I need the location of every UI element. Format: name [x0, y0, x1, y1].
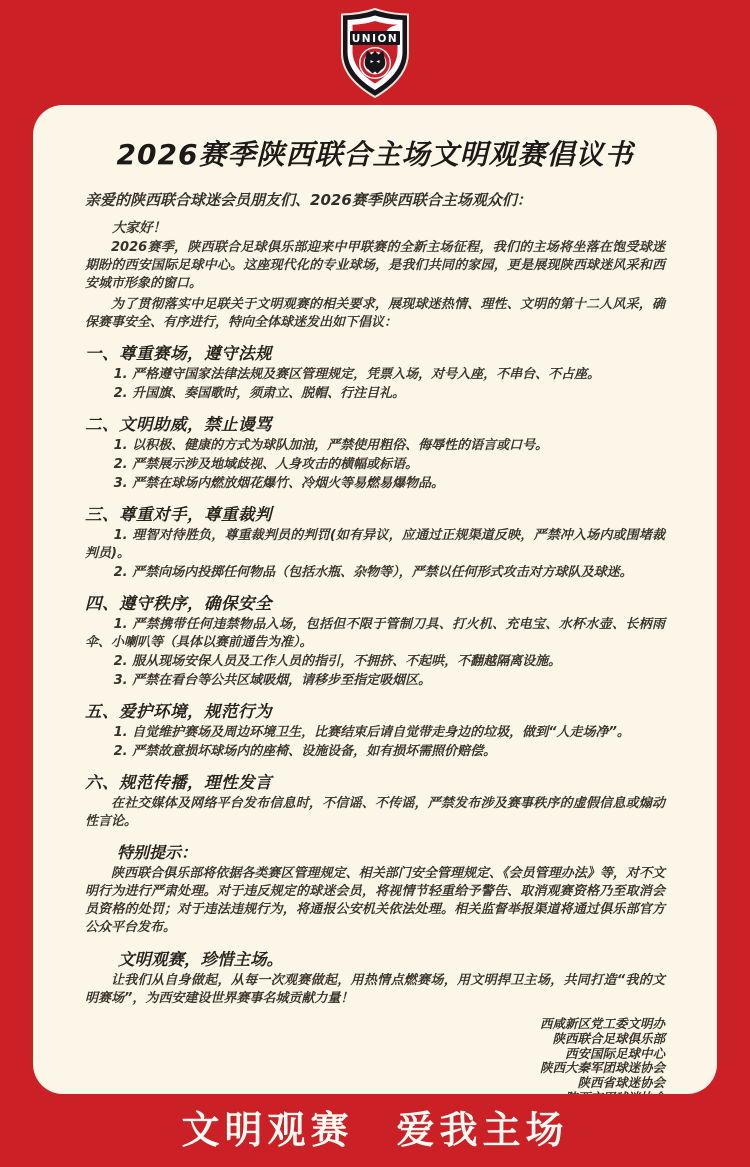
- footer-slogan: 文明观赛 爱我主场: [0, 1099, 750, 1154]
- intro-paragraph: 2026赛季，陕西联合足球俱乐部迎来中甲联赛的全新主场征程，我们的主场将坐落在饱…: [85, 239, 665, 293]
- rule-section: 三、尊重对手，尊重裁判1. 理智对待胜负，尊重裁判员的判罚(如有异议，应通过正规…: [85, 501, 665, 582]
- signature-line: 西咸新区党工委文明办: [85, 1017, 665, 1032]
- rule-section: 二、文明助威，禁止谩骂1. 以积极、健康的方式为球队加油，严禁使用粗俗、侮辱性的…: [85, 411, 665, 493]
- rule-section: 一、尊重赛场，遵守法规1. 严格遵守国家法律法规及赛区管理规定，凭票入场，对号入…: [85, 340, 665, 403]
- rule-item: 3. 严禁在看台等公共区域吸烟，请移步至指定吸烟区。: [85, 672, 665, 690]
- crest-shield-icon: UNION: [332, 6, 418, 100]
- special-note: 特别提示： 陕西联合俱乐部将依据各类赛区管理规定、相关部门安全管理规定、《会员管…: [85, 840, 665, 937]
- rule-item: 2. 升国旗、奏国歌时，须肃立、脱帽、行注目礼。: [85, 385, 665, 403]
- rule-paragraph: 在社交媒体及网络平台发布信息时，不信谣、不传谣，严禁发布涉及赛事秩序的虚假信息或…: [85, 795, 665, 831]
- signature-line: 陕西省球迷协会: [85, 1076, 665, 1091]
- rule-item: 2. 严禁故意损坏球场内的座椅、设施设备，如有损坏需照价赔偿。: [85, 743, 665, 761]
- rule-item: 1. 自觉维护赛场及周边环境卫生，比赛结束后请自觉带走身边的垃圾，做到“人走场净…: [85, 724, 665, 742]
- salutation-line: 亲爱的陕西联合球迷会员朋友们、2026赛季陕西联合主场观众们：: [85, 189, 665, 210]
- intro-paragraph: 为了贯彻落实中足联关于文明观赛的相关要求，展现球迷热情、理性、文明的第十二人风采…: [85, 296, 665, 332]
- club-crest-logo: UNION: [332, 6, 418, 100]
- rules-list: 一、尊重赛场，遵守法规1. 严格遵守国家法律法规及赛区管理规定，凭票入场，对号入…: [85, 340, 665, 831]
- rule-item: 2. 严禁向场内投掷任何物品（包括水瓶、杂物等），严禁以任何形式攻击对方球队及球…: [85, 564, 665, 582]
- signature-line: 西安国际足球中心: [85, 1047, 665, 1062]
- signature-line: 陕西大秦军团球迷协会: [85, 1061, 665, 1076]
- rule-item: 1. 以积极、健康的方式为球队加油，严禁使用粗俗、侮辱性的语言或口号。: [85, 437, 665, 455]
- union-wordmark: UNION: [352, 33, 398, 45]
- closing-heading: 文明观赛，珍惜主场。: [85, 946, 665, 970]
- section-heading: 二、文明助威，禁止谩骂: [85, 411, 665, 435]
- signatures-block: 西咸新区党工委文明办陕西联合足球俱乐部西安国际足球中心陕西大秦军团球迷协会陕西省…: [85, 1017, 665, 1094]
- special-note-heading: 特别提示：: [85, 840, 665, 863]
- section-heading: 四、遵守秩序，确保安全: [85, 590, 665, 614]
- rule-item: 3. 严禁在球场内燃放烟花爆竹、冷烟火等易燃易爆物品。: [85, 475, 665, 493]
- section-heading: 一、尊重赛场，遵守法规: [85, 340, 665, 364]
- rule-section: 四、遵守秩序，确保安全1. 严禁携带任何违禁物品入场，包括但不限于管制刀具、打火…: [85, 590, 665, 690]
- section-heading: 五、爱护环境，规范行为: [85, 698, 665, 722]
- section-heading: 三、尊重对手，尊重裁判: [85, 501, 665, 525]
- rule-item: 2. 严禁展示涉及地域歧视、人身攻击的横幅或标语。: [85, 456, 665, 474]
- rule-item: 1. 严格遵守国家法律法规及赛区管理规定，凭票入场，对号入座，不串台、不占座。: [85, 366, 665, 384]
- closing-body: 让我们从自身做起，从每一次观赛做起，用热情点燃赛场，用文明捍卫主场，共同打造“我…: [85, 972, 665, 1008]
- rule-section: 五、爱护环境，规范行为1. 自觉维护赛场及周边环境卫生，比赛结束后请自觉带走身边…: [85, 698, 665, 761]
- greeting-line: 大家好！: [85, 216, 665, 236]
- rule-item: 2. 服从现场安保人员及工作人员的指引，不拥挤、不起哄，不翻越隔离设施。: [85, 653, 665, 671]
- page-title: 2026赛季陕西联合主场文明观赛倡议书: [85, 133, 665, 173]
- closing-appeal: 文明观赛，珍惜主场。 让我们从自身做起，从每一次观赛做起，用热情点燃赛场，用文明…: [85, 946, 665, 1008]
- section-heading: 六、规范传播，理性发言: [85, 769, 665, 793]
- special-note-body: 陕西联合俱乐部将依据各类赛区管理规定、相关部门安全管理规定、《会员管理办法》等，…: [85, 865, 665, 937]
- poster-root: UNION 2026赛季陕西联合主场文明观赛倡议书 亲爱的陕西联合球迷会员朋友们…: [0, 0, 750, 1167]
- signature-line: 陕西玄甲球迷协会: [85, 1091, 665, 1094]
- rule-section: 六、规范传播，理性发言在社交媒体及网络平台发布信息时，不信谣、不传谣，严禁发布涉…: [85, 769, 665, 831]
- rule-item: 1. 严禁携带任何违禁物品入场，包括但不限于管制刀具、打火机、充电宝、水杯水壶、…: [85, 616, 665, 652]
- initiative-card: 2026赛季陕西联合主场文明观赛倡议书 亲爱的陕西联合球迷会员朋友们、2026赛…: [33, 105, 717, 1094]
- rule-item: 1. 理智对待胜负，尊重裁判员的判罚(如有异议，应通过正规渠道反映，严禁冲入场内…: [85, 527, 665, 563]
- signature-line: 陕西联合足球俱乐部: [85, 1032, 665, 1047]
